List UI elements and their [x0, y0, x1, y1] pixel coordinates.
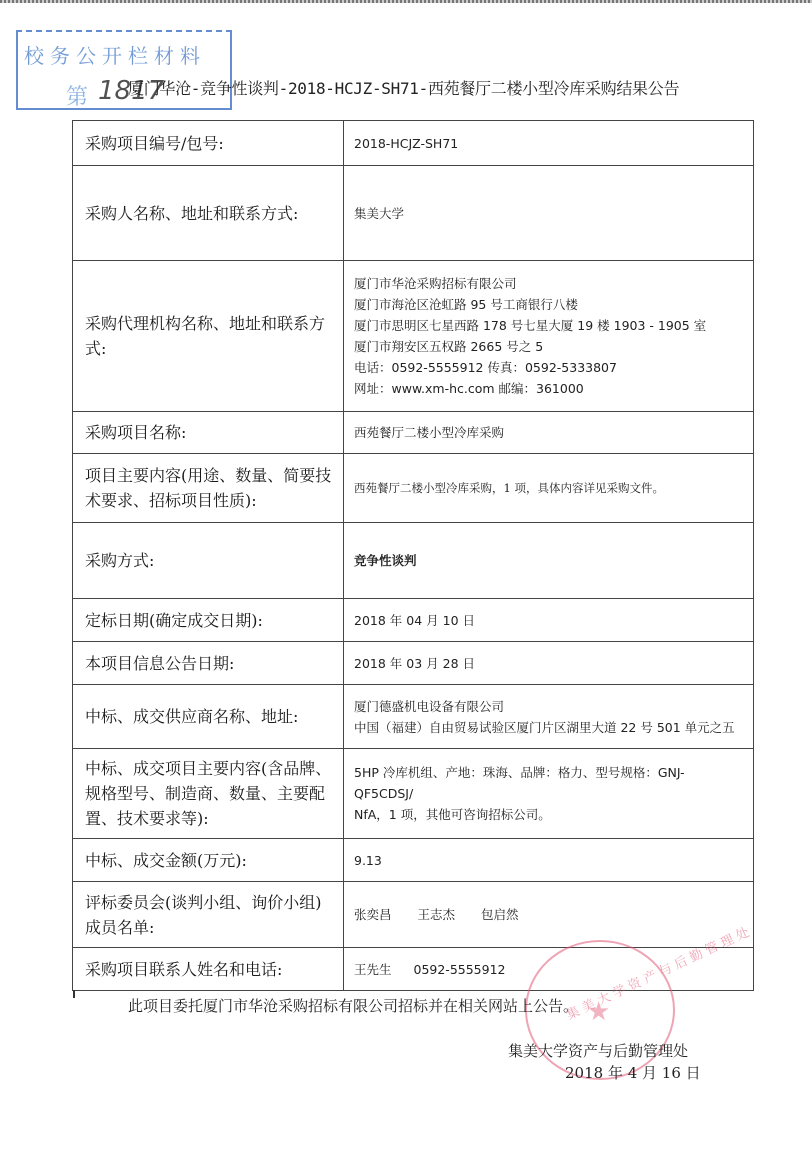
agency-website-postcode: 网址：www.xm-hc.com 邮编：361000	[354, 378, 743, 399]
member-name: 包启然	[481, 907, 519, 922]
contact-phone: 0592-5555912	[414, 962, 506, 977]
row-label: 采购项目联系人姓名和电话:	[73, 948, 344, 991]
seal-star-icon: ★	[587, 997, 610, 1027]
row-label: 中标、成交金额(万元):	[73, 839, 344, 882]
table-row: 中标、成交供应商名称、地址: 厦门德盛机电设备有限公司 中国（福建）自由贸易试验…	[73, 685, 754, 749]
row-label: 采购项目编号/包号:	[73, 121, 344, 166]
row-value-supplier: 厦门德盛机电设备有限公司 中国（福建）自由贸易试验区厦门片区湖里大道 22 号 …	[344, 685, 754, 749]
supplier-name: 厦门德盛机电设备有限公司	[354, 696, 743, 717]
scan-edge	[0, 0, 812, 3]
agency-phone-fax: 电话：0592-5555912 传真：0592-5333807	[354, 357, 743, 378]
table-row: 采购人名称、地址和联系方式: 集美大学	[73, 166, 754, 261]
supplier-address: 中国（福建）自由贸易试验区厦门片区湖里大道 22 号 501 单元之五	[354, 717, 743, 738]
row-label: 项目主要内容(用途、数量、简要技术要求、招标项目性质):	[73, 454, 344, 523]
document-title: 厦门华沧-竞争性谈判-2018-HCJZ-SH71-西苑餐厅二楼小型冷库采购结果…	[128, 76, 679, 99]
row-value: 2018 年 04 月 10 日	[344, 599, 754, 642]
row-value: 集美大学	[344, 166, 754, 261]
row-label: 采购项目名称:	[73, 412, 344, 454]
row-label: 采购人名称、地址和联系方式:	[73, 166, 344, 261]
row-value-amount: 9.13	[344, 839, 754, 882]
contents-line-2: NfA，1 项，其他可咨询招标公司。	[354, 804, 743, 825]
row-label: 本项目信息公告日期:	[73, 642, 344, 685]
table-row: 中标、成交金额(万元): 9.13	[73, 839, 754, 882]
row-value-agency: 厦门市华沧采购招标有限公司 厦门市海沧区沧虹路 95 号工商银行八楼 厦门市思明…	[344, 261, 754, 412]
member-name: 张奕昌	[354, 907, 392, 922]
agency-address-3: 厦门市翔安区五权路 2665 号之 5	[354, 336, 743, 357]
row-label: 评标委员会(谈判小组、询价小组)成员名单:	[73, 882, 344, 948]
table-row: 本项目信息公告日期: 2018 年 03 月 28 日	[73, 642, 754, 685]
row-value: 2018 年 03 月 28 日	[344, 642, 754, 685]
row-label: 中标、成交供应商名称、地址:	[73, 685, 344, 749]
procurement-info-table: 采购项目编号/包号: 2018-HCJZ-SH71 采购人名称、地址和联系方式:…	[72, 120, 754, 991]
row-label: 采购方式:	[73, 523, 344, 599]
table-row: 采购项目名称: 西苑餐厅二楼小型冷库采购	[73, 412, 754, 454]
member-name: 王志杰	[418, 907, 456, 922]
row-label: 中标、成交项目主要内容(含品牌、规格型号、制造商、数量、主要配置、技术要求等):	[73, 749, 344, 839]
row-value-contents: 5HP 冷库机组、产地：珠海、品牌：格力、型号规格：GNJ-QF5CDSJ/ N…	[344, 749, 754, 839]
stamp-line1: 校务公开栏材料	[24, 40, 206, 69]
issuer-name: 集美大学资产与后勤管理处	[508, 1040, 688, 1061]
contact-name: 王先生	[354, 962, 392, 977]
table-row: 采购代理机构名称、地址和联系方式: 厦门市华沧采购招标有限公司 厦门市海沧区沧虹…	[73, 261, 754, 412]
issue-date: 2018 年 4 月 16 日	[565, 1062, 701, 1083]
table-row: 中标、成交项目主要内容(含品牌、规格型号、制造商、数量、主要配置、技术要求等):…	[73, 749, 754, 839]
row-value-members: 张奕昌 王志杰 包启然	[344, 882, 754, 948]
stamp-line2-prefix: 第	[66, 80, 88, 111]
table-row: 采购项目编号/包号: 2018-HCJZ-SH71	[73, 121, 754, 166]
table-row: 定标日期(确定成交日期): 2018 年 04 月 10 日	[73, 599, 754, 642]
row-label: 定标日期(确定成交日期):	[73, 599, 344, 642]
row-value: 竞争性谈判	[344, 523, 754, 599]
row-value: 西苑餐厅二楼小型冷库采购	[344, 412, 754, 454]
row-label: 采购代理机构名称、地址和联系方式:	[73, 261, 344, 412]
scan-mark	[73, 990, 75, 998]
table-row: 项目主要内容(用途、数量、简要技术要求、招标项目性质): 西苑餐厅二楼小型冷库采…	[73, 454, 754, 523]
row-value: 2018-HCJZ-SH71	[344, 121, 754, 166]
table-row: 采购方式: 竞争性谈判	[73, 523, 754, 599]
row-value: 西苑餐厅二楼小型冷库采购，1 项，具体内容详见采购文件。	[344, 454, 754, 523]
footer-note: 此项目委托厦门市华沧采购招标有限公司招标并在相关网站上公告。	[128, 995, 578, 1016]
agency-address-2: 厦门市思明区七星西路 178 号七星大厦 19 楼 1903 - 1905 室	[354, 315, 743, 336]
agency-address-1: 厦门市海沧区沧虹路 95 号工商银行八楼	[354, 294, 743, 315]
contents-line-1: 5HP 冷库机组、产地：珠海、品牌：格力、型号规格：GNJ-QF5CDSJ/	[354, 762, 743, 804]
agency-name: 厦门市华沧采购招标有限公司	[354, 273, 743, 294]
table-row: 评标委员会(谈判小组、询价小组)成员名单: 张奕昌 王志杰 包启然	[73, 882, 754, 948]
